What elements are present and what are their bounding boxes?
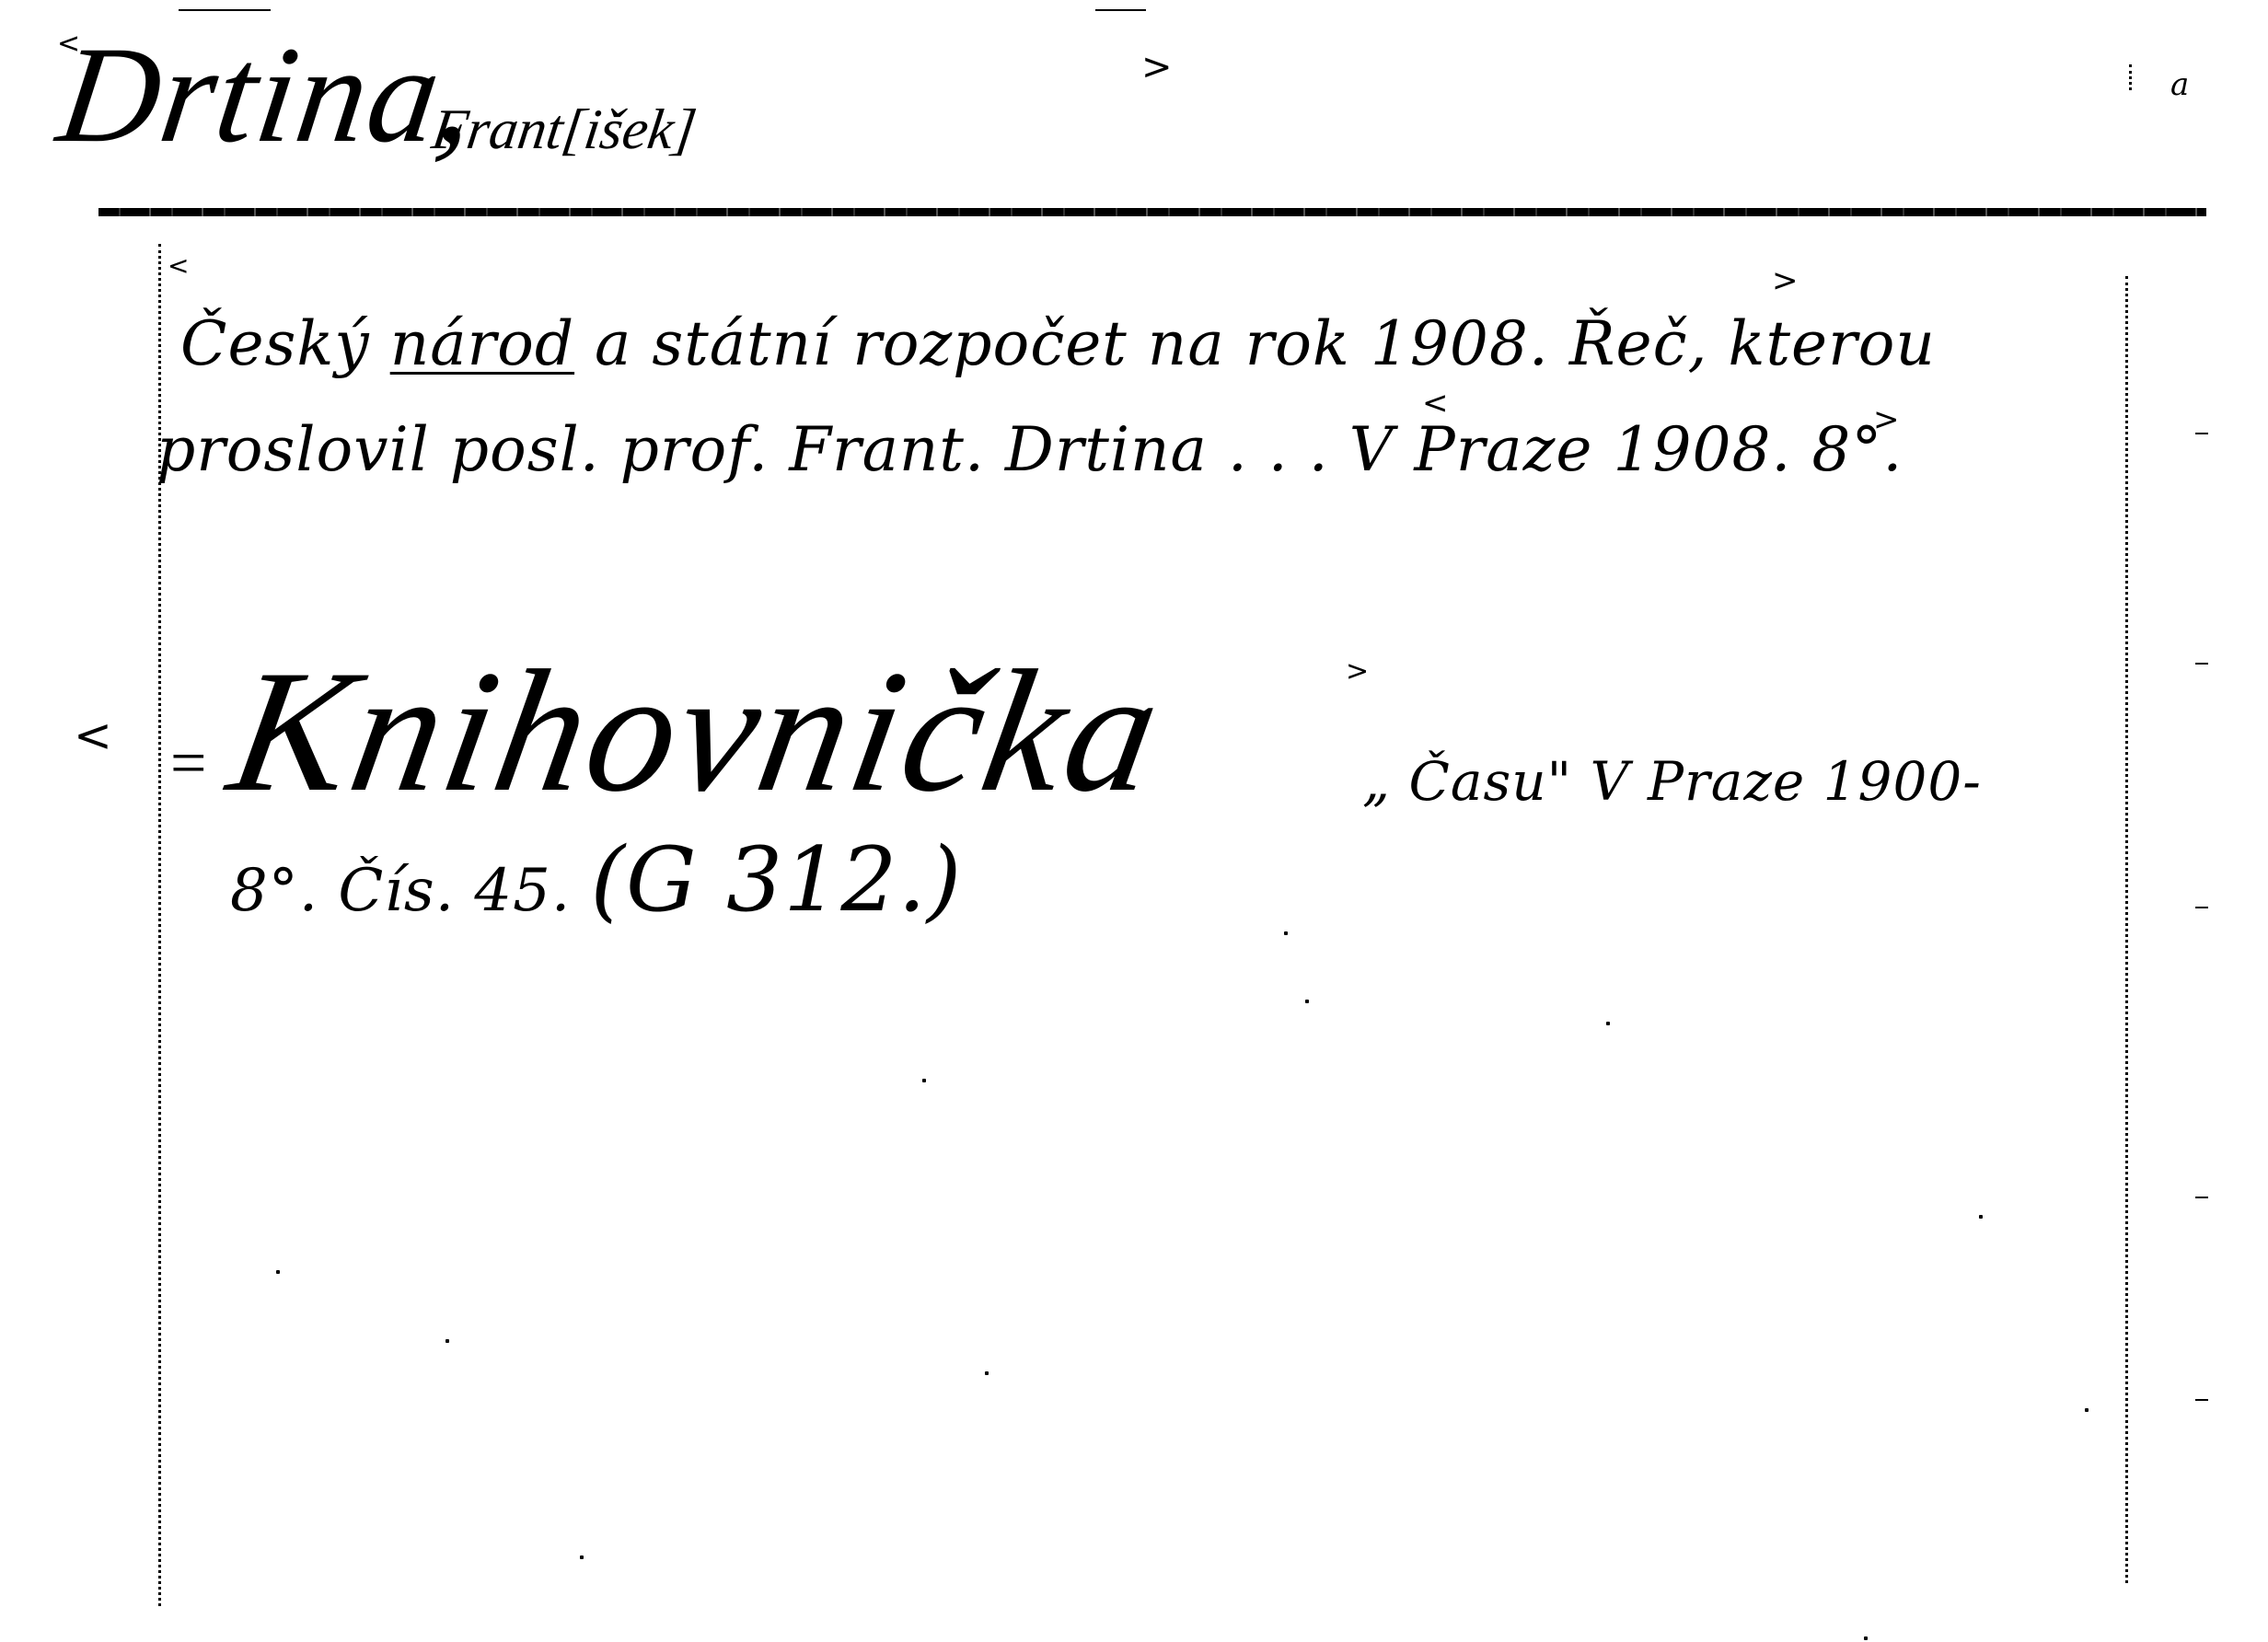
- entry-title-line-1: Český národ a státní rozpočet na rok 190…: [180, 308, 1936, 379]
- scan-artifact: [2195, 1399, 2208, 1401]
- series-title: Knihovnička: [219, 644, 1174, 819]
- scan-speck: [1305, 1000, 1309, 1003]
- entry-title-start: Český: [180, 308, 390, 379]
- scan-speck: [1284, 931, 1288, 935]
- scan-artifact: [2195, 1197, 2208, 1198]
- scan-speck: [1979, 1215, 1983, 1219]
- edit-mark-open: <: [57, 28, 80, 60]
- edit-mark-open: <: [1422, 385, 1449, 422]
- entry-title-line-2: proslovil posl. prof. Frant. Drtina . . …: [156, 414, 1903, 485]
- scan-speck: [2085, 1408, 2089, 1412]
- scan-artifact: [2195, 907, 2208, 908]
- series-number-line: 8°. Čís. 45. (G 312.): [230, 828, 962, 931]
- edit-mark-close: >: [1346, 655, 1369, 688]
- scan-artifact: [2195, 433, 2208, 434]
- scan-speck: [276, 1270, 280, 1274]
- scan-speck: [1606, 1022, 1610, 1025]
- entry-title-underlined-word: národ: [390, 308, 574, 379]
- heading-surname: Drtina,: [51, 26, 486, 164]
- scan-artifact: [1095, 9, 1146, 11]
- page-marker-tick: [2129, 64, 2135, 90]
- series-equals-sign: =: [170, 727, 206, 801]
- scan-speck: [922, 1079, 926, 1082]
- series-number: 8°. Čís. 45.: [230, 857, 591, 925]
- edit-mark-open: <: [74, 709, 112, 762]
- scan-speck: [985, 1371, 989, 1375]
- call-number: (G 312.): [591, 828, 963, 931]
- scan-speck: [1864, 1636, 1868, 1640]
- series-publisher-line: „ Času" V Praze 1900-: [1362, 750, 1982, 813]
- entry-title-rest: a státní rozpočet na rok 1908. Řeč, kter…: [574, 308, 1936, 379]
- heading-rule: [98, 208, 2206, 216]
- edit-mark-close: >: [1772, 262, 1799, 299]
- heading-given-name: Frant[išek]: [429, 101, 700, 158]
- scan-artifact: [179, 9, 271, 11]
- page-marker: a: [2170, 66, 2189, 103]
- scan-artifact: [2195, 663, 2208, 665]
- edit-mark-open: <: [168, 250, 189, 281]
- right-margin-line: [2125, 276, 2128, 1583]
- scan-speck: [445, 1339, 449, 1343]
- edit-mark-close: >: [1141, 46, 1173, 88]
- edit-mark-close: >: [1873, 401, 1900, 438]
- scan-speck: [580, 1555, 584, 1559]
